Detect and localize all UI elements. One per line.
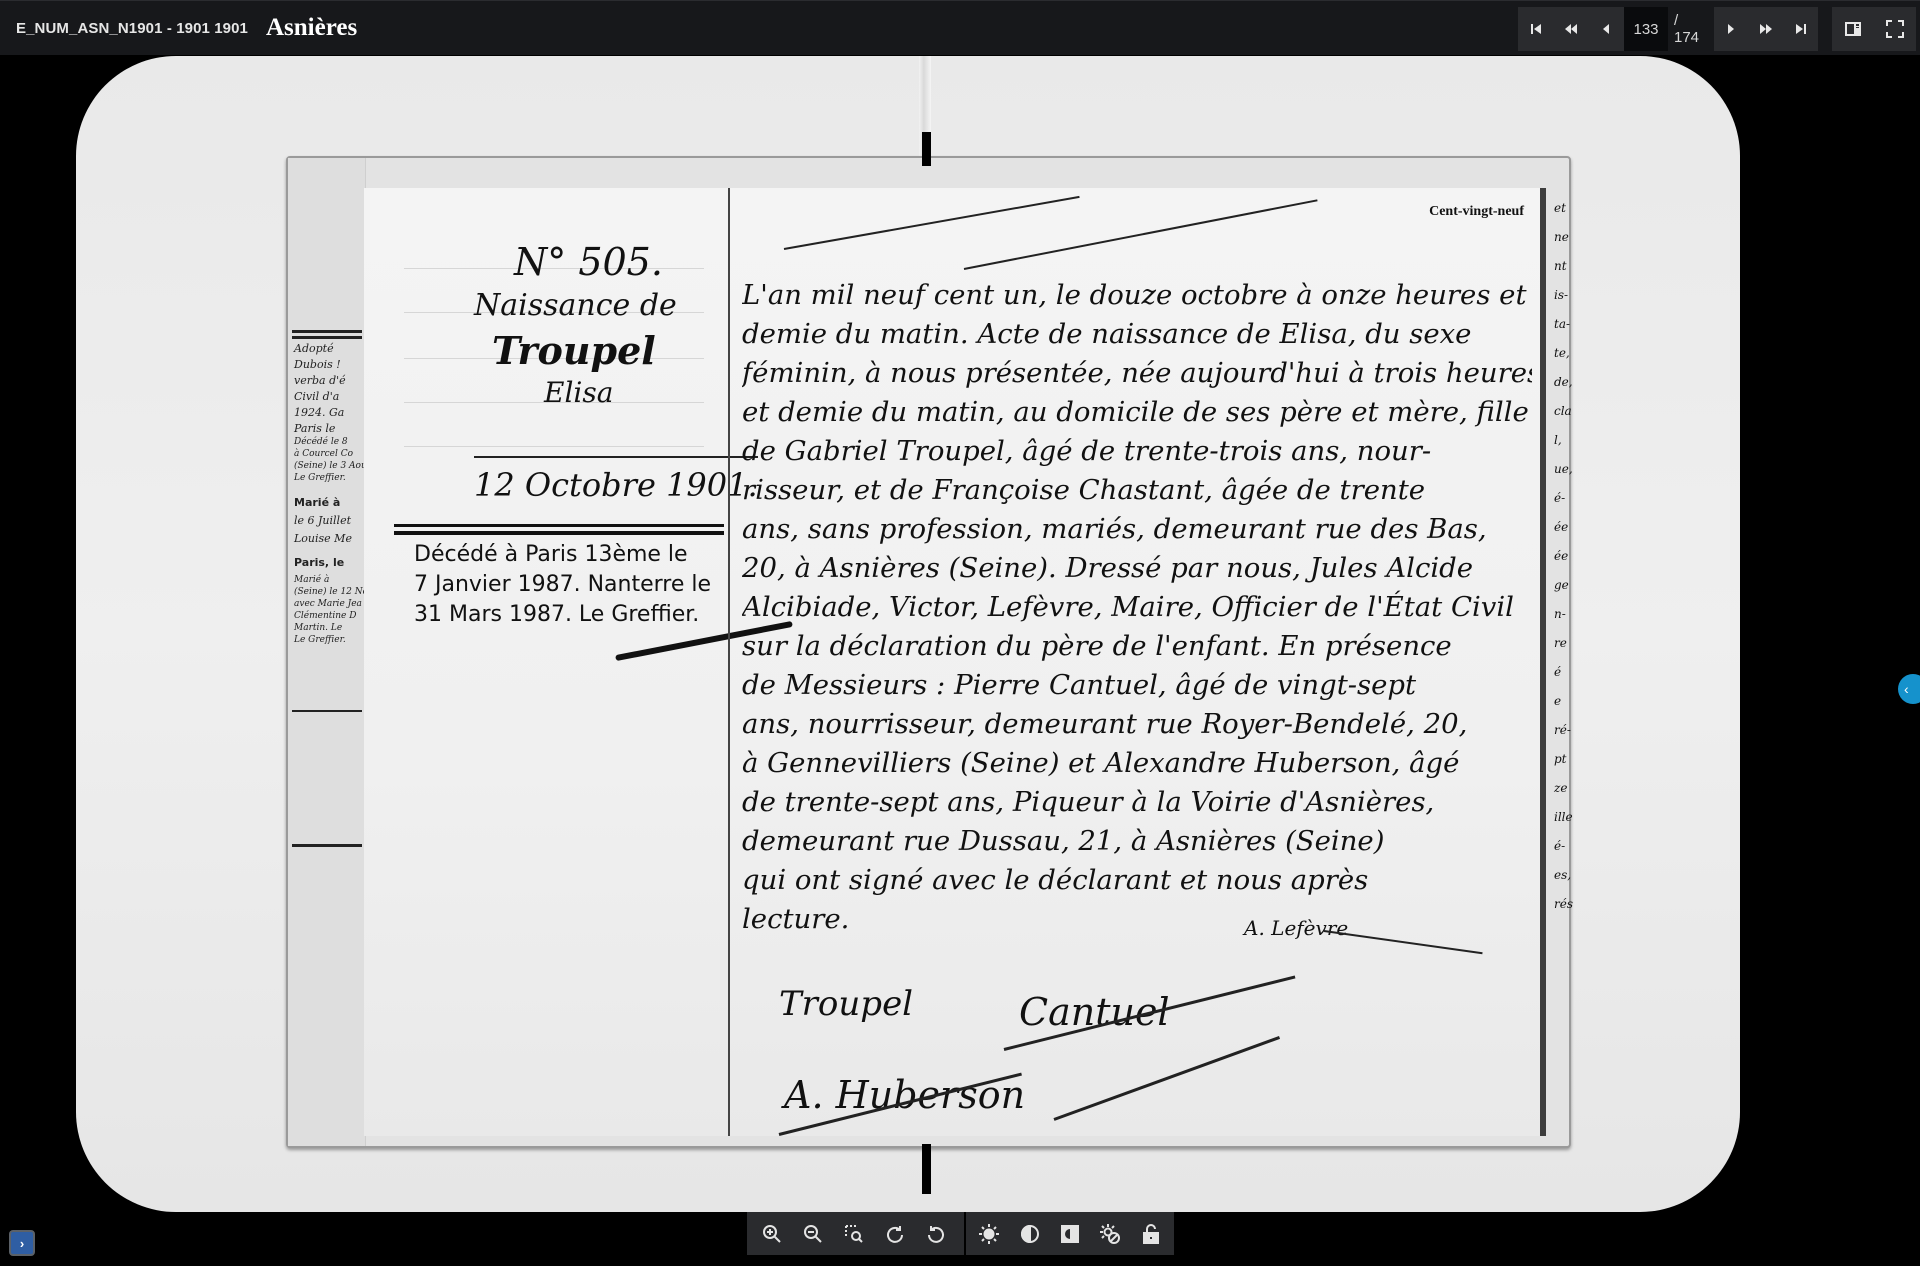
fullscreen-icon [1886, 20, 1904, 38]
body-line: de Gabriel Troupel, âgé de trente-trois … [742, 432, 1532, 471]
folio-number: Cent-vingt-neuf [1429, 204, 1524, 220]
adjacent-page-edge: et ne nt is- ta- te, de, cla l, ue, é- é… [1554, 194, 1574, 919]
fragment: Louise Me [294, 532, 352, 545]
column-divider [728, 188, 730, 1136]
body-line: ans, sans profession, mariés, demeurant … [742, 510, 1532, 549]
next-icon [1727, 23, 1735, 35]
fragment: le 6 Juillet [294, 514, 351, 527]
brightness-button[interactable] [969, 1212, 1009, 1255]
fragment: 1924. Ga [294, 406, 344, 419]
rotate-counterclockwise-button[interactable] [915, 1212, 956, 1255]
body-line: à Gennevilliers (Seine) et Alexandre Hub… [742, 744, 1532, 783]
body-line: féminin, à nous présentée, née aujourd'h… [742, 354, 1532, 393]
body-line: demeurant rue Dussau, 21, à Asnières (Se… [742, 822, 1532, 861]
first-page-button[interactable] [1518, 7, 1553, 51]
document-place-title: Asnières [266, 14, 357, 42]
birth-record-leaf: N° 505. Naissance de Troupel Elisa 12 Oc… [364, 188, 1546, 1136]
fragment: Le Greffier. [294, 472, 346, 485]
fullscreen-button[interactable] [1878, 7, 1913, 51]
fast-backward-button[interactable] [1553, 7, 1588, 51]
register-page: Adopté Dubois ! verba d'é Civil d'a 1924… [286, 156, 1571, 1148]
record-firstname: Elisa [544, 376, 613, 409]
side-panel-handle[interactable]: ‹ [1898, 674, 1920, 704]
father-signature: Troupel [779, 984, 913, 1024]
rotate-counterclockwise-icon [926, 1224, 946, 1244]
body-line: et demie du matin, au domicile de ses pè… [742, 393, 1532, 432]
fragment: Paris, le [294, 556, 344, 569]
last-page-button[interactable] [1783, 7, 1818, 51]
body-line: sur la déclaration du père de l'enfant. … [742, 627, 1532, 666]
body-line: de trente-sept ans, Piqueur à la Voirie … [742, 783, 1532, 822]
panel-layout-button[interactable] [1836, 7, 1871, 51]
top-bar: E_NUM_ASN_N1901 - 1901 1901 Asnières / 1… [0, 0, 1920, 55]
zoom-out-button[interactable] [792, 1212, 833, 1255]
zoom-in-button[interactable] [751, 1212, 792, 1255]
record-surname: Troupel [492, 328, 656, 373]
brightness-icon [978, 1223, 1000, 1245]
contrast-button[interactable] [1009, 1212, 1049, 1255]
binding-thread [922, 1144, 931, 1194]
reset-adjustments-button[interactable] [1090, 1212, 1130, 1255]
total-pages-label: / 174 [1668, 7, 1707, 51]
previous-page-button[interactable] [1588, 7, 1623, 51]
fast-forward-icon [1759, 23, 1773, 35]
body-line: lecture. [742, 900, 1532, 939]
zoom-selection-icon [844, 1224, 864, 1244]
image-adjust-toolbar [966, 1212, 1174, 1255]
record-type: Naissance de [474, 288, 677, 323]
skip-to-first-icon [1530, 23, 1542, 35]
fast-backward-icon [1564, 23, 1578, 35]
record-body: L'an mil neuf cent un, le douze octobre … [742, 276, 1532, 939]
fragment: Dubois ! [294, 358, 341, 371]
body-line: demie du matin. Acte de naissance de Eli… [742, 315, 1532, 354]
side-panel-icon [1844, 21, 1862, 37]
fragment: Marié à [294, 496, 340, 509]
page-nav-back-group [1518, 7, 1624, 51]
unlock-icon [1142, 1224, 1160, 1244]
zoom-rotate-toolbar [747, 1212, 964, 1255]
fast-forward-button[interactable] [1749, 7, 1784, 51]
body-line: ans, nourrisseur, demeurant rue Royer-Be… [742, 705, 1532, 744]
document-id: E_NUM_ASN_N1901 - 1901 1901 [16, 20, 248, 37]
body-line: 20, à Asnières (Seine). Dressé par nous,… [742, 549, 1532, 588]
mayor-signature: A. Lefèvre [1244, 916, 1348, 940]
invert-icon [1060, 1224, 1080, 1244]
page-nav-forward-group [1714, 7, 1818, 51]
fragment: Le Greffier. [294, 634, 346, 647]
chevron-right-icon: › [20, 1236, 24, 1251]
rotate-clockwise-icon [885, 1224, 905, 1244]
toggle-panel-button[interactable]: › [9, 1230, 35, 1256]
zoom-selection-button[interactable] [833, 1212, 874, 1255]
skip-to-last-icon [1795, 23, 1807, 35]
next-page-button[interactable] [1714, 7, 1749, 51]
document-viewer[interactable]: Adopté Dubois ! verba d'é Civil d'a 1924… [0, 56, 1920, 1266]
underlying-page-strip: Adopté Dubois ! verba d'é Civil d'a 1924… [288, 158, 366, 1146]
view-controls-group [1832, 7, 1916, 51]
rotate-clockwise-button[interactable] [874, 1212, 915, 1255]
body-line: de Messieurs : Pierre Cantuel, âgé de vi… [742, 666, 1532, 705]
margin-mention: Décédé à Paris 13ème le 7 Janvier 1987. … [414, 540, 711, 630]
body-line: risseur, et de Françoise Chastant, âgée … [742, 471, 1532, 510]
unlock-button[interactable] [1131, 1212, 1171, 1255]
zoom-out-icon [803, 1224, 823, 1244]
fragment: verba d'é [294, 374, 346, 387]
contrast-icon [1020, 1224, 1040, 1244]
body-line: qui ont signé avec le déclarant et nous … [742, 861, 1532, 900]
zoom-in-icon [762, 1224, 782, 1244]
body-line: L'an mil neuf cent un, le douze octobre … [742, 276, 1532, 315]
body-line: Alcibiade, Victor, Lefèvre, Maire, Offic… [742, 588, 1532, 627]
current-page-input[interactable] [1624, 7, 1668, 51]
invert-button[interactable] [1050, 1212, 1090, 1255]
fragment: Paris le [294, 422, 335, 435]
record-date: 12 Octobre 1901. [474, 456, 758, 504]
record-number: N° 505. [514, 240, 663, 284]
fragment: Civil d'a [294, 390, 339, 403]
previous-icon [1602, 23, 1610, 35]
chevron-left-icon: ‹ [1904, 681, 1909, 697]
fragment: Adopté [294, 342, 334, 355]
reset-adjustments-icon [1099, 1223, 1121, 1245]
binding-thread [922, 132, 931, 166]
